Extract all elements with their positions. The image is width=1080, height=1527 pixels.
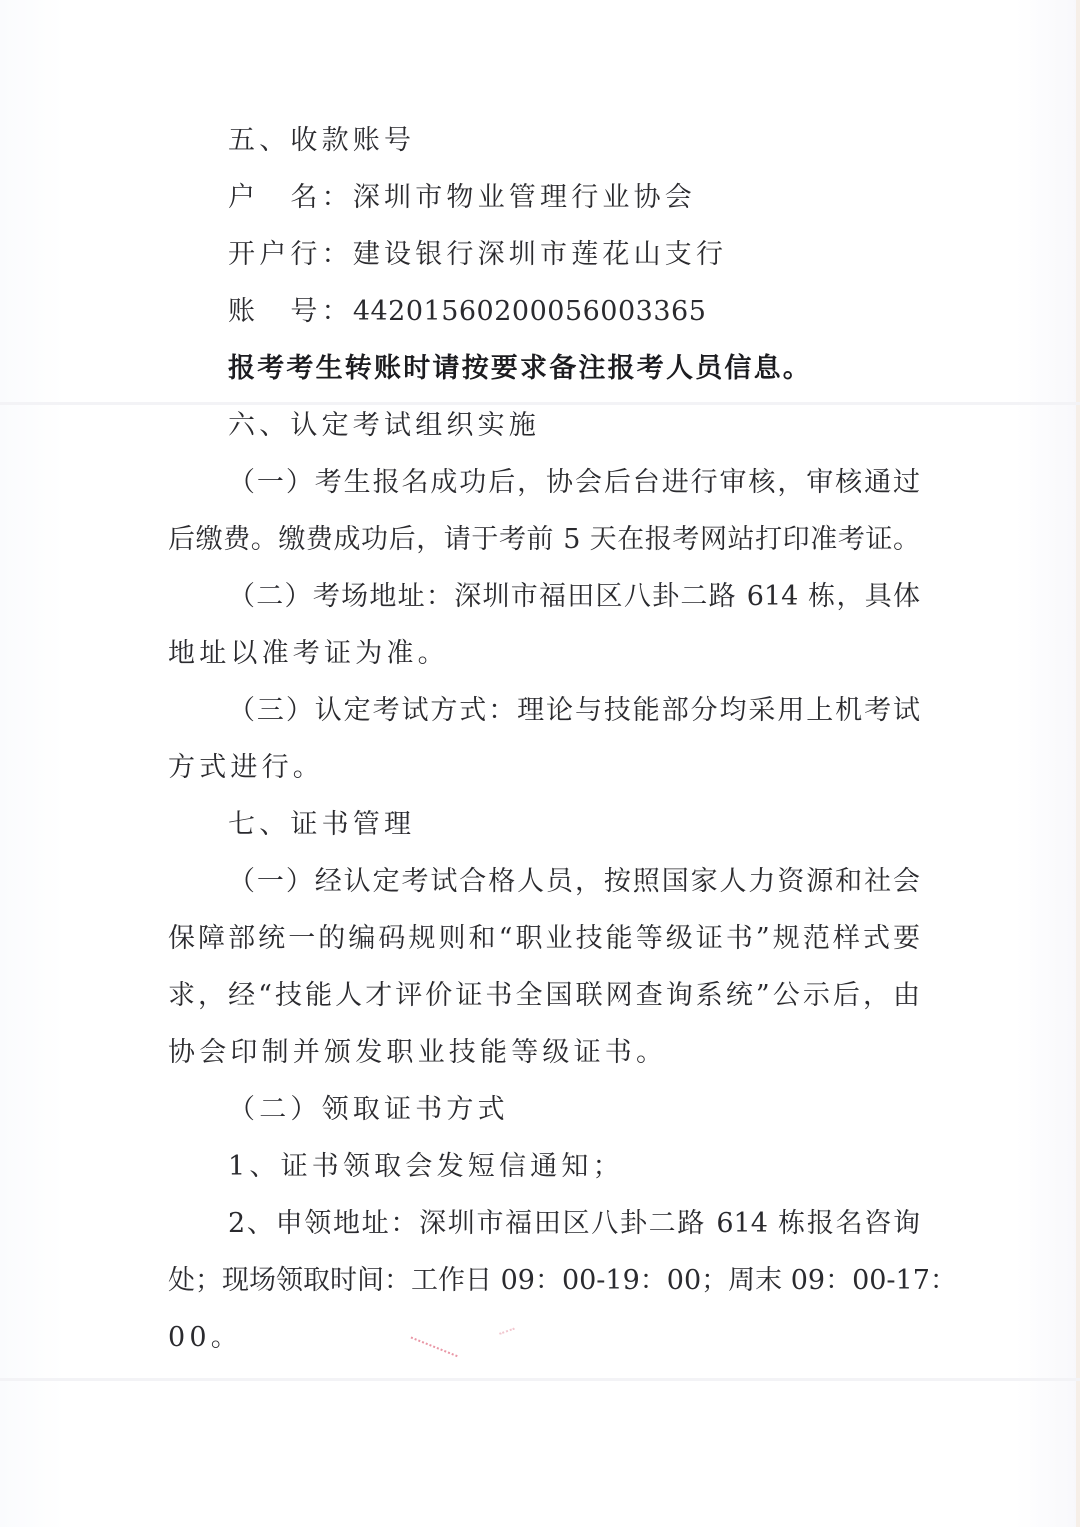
account-name-value: 深圳市物业管理行业协会 [353,182,696,213]
section-6-item-2-line-1: （二）考场地址：深圳市福田区八卦二路 614 栋，具体 [228,580,920,614]
bank-label: 开户行： [228,239,353,270]
account-number-row: 账 号：44201560200056003365 [228,295,706,329]
scanned-document-page: 五、收款账号 户 名：深圳市物业管理行业协会 开户行：建设银行深圳市莲花山支行 … [0,0,1080,1527]
section-6-heading: 六、认定考试组织实施 [228,409,540,443]
bank-value: 建设银行深圳市莲花山支行 [353,239,727,270]
section-7-item-2-heading: （二）领取证书方式 [228,1093,509,1127]
section-6-item-3-line-2: 方式进行。 [168,751,324,785]
section-6-item-2-line-2: 地址以准考证为准。 [168,637,449,671]
scan-artifact [0,402,1080,405]
section-5-heading: 五、收款账号 [228,124,415,158]
scan-artifact [0,1378,1080,1381]
account-name-label: 户 名： [228,182,353,213]
section-6-item-1-line-1: （一）考生报名成功后，协会后台进行审核，审核通过 [228,466,920,500]
section-6-item-1-line-2: 后缴费。缴费成功后，请于考前 5 天在报考网站打印准考证。 [168,523,920,557]
bank-row: 开户行：建设银行深圳市莲花山支行 [228,238,727,272]
section-7-item-1-line-2: 保障部统一的编码规则和“职业技能等级证书”规范样式要 [168,922,920,956]
transfer-note: 报考考生转账时请按要求备注报考人员信息。 [228,352,812,386]
account-name-row: 户 名：深圳市物业管理行业协会 [228,181,696,215]
stamp-trace-mark [402,1337,457,1378]
section-7-item-1-line-4: 协会印制并颁发职业技能等级证书。 [168,1036,667,1070]
section-7-item-2-point-1: 1、证书领取会发短信通知； [228,1150,624,1184]
section-7-item-2-point-2-line-2: 处；现场领取时间：工作日 09：00-19：00；周末 09：00-17： [168,1264,920,1298]
section-7-item-1-line-1: （一）经认定考试合格人员，按照国家人力资源和社会 [228,865,920,899]
section-7-item-2-point-2-line-3: 00。 [168,1321,242,1355]
section-7-heading: 七、证书管理 [228,808,415,842]
stamp-trace-mark [499,1328,517,1341]
section-6-item-3-line-1: （三）认定考试方式：理论与技能部分均采用上机考试 [228,694,920,728]
section-7-item-2-point-2-line-1: 2、申领地址：深圳市福田区八卦二路 614 栋报名咨询 [228,1207,920,1241]
account-number-value: 44201560200056003365 [353,296,707,327]
account-number-label: 账 号： [228,296,353,327]
page-edge [1076,0,1080,1527]
section-7-item-1-line-3: 求，经“技能人才评价证书全国联网查询系统”公示后，由 [168,979,920,1013]
